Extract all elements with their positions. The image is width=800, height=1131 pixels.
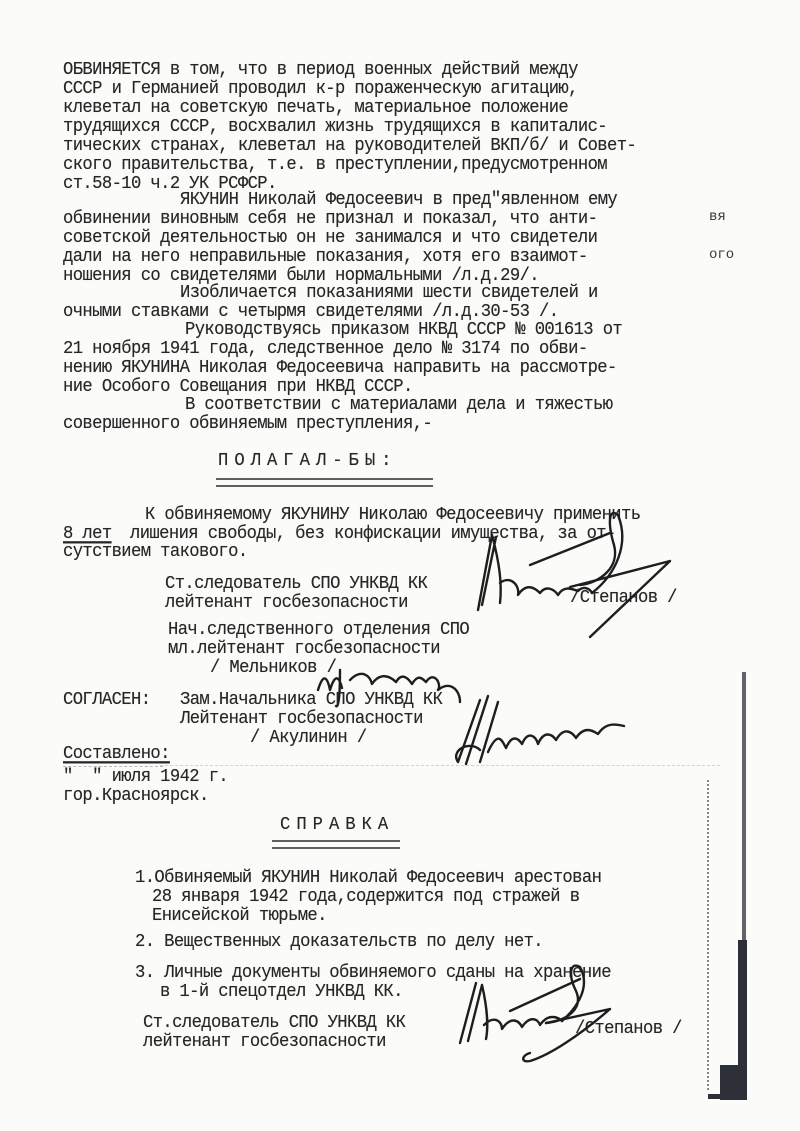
signatory-title: Ст.следователь СПО УНКВД КК	[165, 574, 427, 595]
reference-heading: СПРАВКА	[280, 815, 394, 836]
signatory-rank: лейтенант госбезопасности	[143, 1032, 386, 1053]
approval-label: СОГЛАСЕН:	[63, 690, 150, 711]
heading-underline	[272, 840, 400, 849]
margin-fragment: вя	[709, 209, 726, 225]
scan-edge-shadow	[708, 1094, 746, 1099]
heading-underline	[216, 478, 433, 487]
list-item-cont: Енисейской тюрьме.	[152, 906, 327, 927]
signature-stepanov-2	[370, 955, 620, 1075]
text-line: Изобличается показаниями шести свидетеле…	[180, 283, 598, 304]
text-line: 21 ноября 1941 года, следственное дело №…	[63, 339, 588, 360]
text-line: дали на него неправильные показания, хот…	[63, 247, 588, 268]
scan-edge-dots	[707, 780, 709, 1090]
list-item: 2. Вещественных доказательств по делу не…	[135, 932, 543, 953]
text-line: В соответствии с материалами дела и тяже…	[185, 395, 612, 416]
signatory-title: Нач.следственного отделения СПО	[168, 620, 469, 641]
compiled-date: " " июля 1942 г.	[63, 767, 228, 788]
text-line: совершенного обвиняемым преступления,-	[63, 414, 432, 435]
signature-akulinin	[440, 680, 660, 770]
text-line: СССР и Германией проводил к-р пораженчес…	[63, 79, 578, 100]
fold-line	[160, 765, 720, 766]
compiled-label: Составлено:	[63, 744, 170, 765]
text-line: сутствием такового.	[63, 542, 248, 563]
list-item-cont: 28 января 1942 года,содержится под страж…	[152, 887, 579, 908]
signatory-rank: лейтенант госбезопасности	[165, 593, 408, 614]
text-line: ского правительства, т.е. в преступлении…	[63, 155, 607, 176]
text-line: ОБВИНЯЕТСЯ в том, что в период военных д…	[63, 60, 578, 81]
text-line: клеветал на советскую печать, материальн…	[63, 98, 568, 119]
text-line: ЯКУНИН Николай Федосеевич в пред"явленно…	[180, 190, 617, 211]
text-line: тических странах, клеветал на руководите…	[63, 136, 636, 157]
text-line: Руководствуясь приказом НКВД СССР № 0016…	[185, 320, 622, 341]
document-page: ОБВИНЯЕТСЯ в том, что в период военных д…	[0, 0, 800, 1131]
text-line: обвинении виновным себя не признал и пок…	[63, 209, 597, 230]
signatory-title: Ст.следователь СПО УНКВД КК	[143, 1013, 405, 1034]
approval-title: Зам.Начальника СПО УНКВД КК	[180, 690, 442, 711]
text-line: советской деятельностью он не занимался …	[63, 228, 597, 249]
approval-rank: Лейтенант госбезопасности	[180, 709, 423, 730]
text-line: нению ЯКУНИНА Николая Федосеевича направ…	[63, 358, 617, 379]
list-item-cont: в 1-й спецотдел УНКВД КК.	[160, 982, 403, 1003]
list-item: 1.Обвиняемый ЯКУНИН Николай Федосеевич а…	[135, 868, 601, 889]
scan-edge-shadow	[742, 672, 746, 942]
compiled-place: гор.Красноярск.	[63, 786, 209, 807]
margin-fragment: ого	[709, 247, 734, 263]
ruling-heading: ПОЛАГАЛ-БЫ:	[218, 451, 397, 472]
text-line: трудящихся СССР, восхвалил жизнь трудящи…	[63, 117, 607, 138]
approval-name: / Акулинин /	[250, 728, 367, 749]
